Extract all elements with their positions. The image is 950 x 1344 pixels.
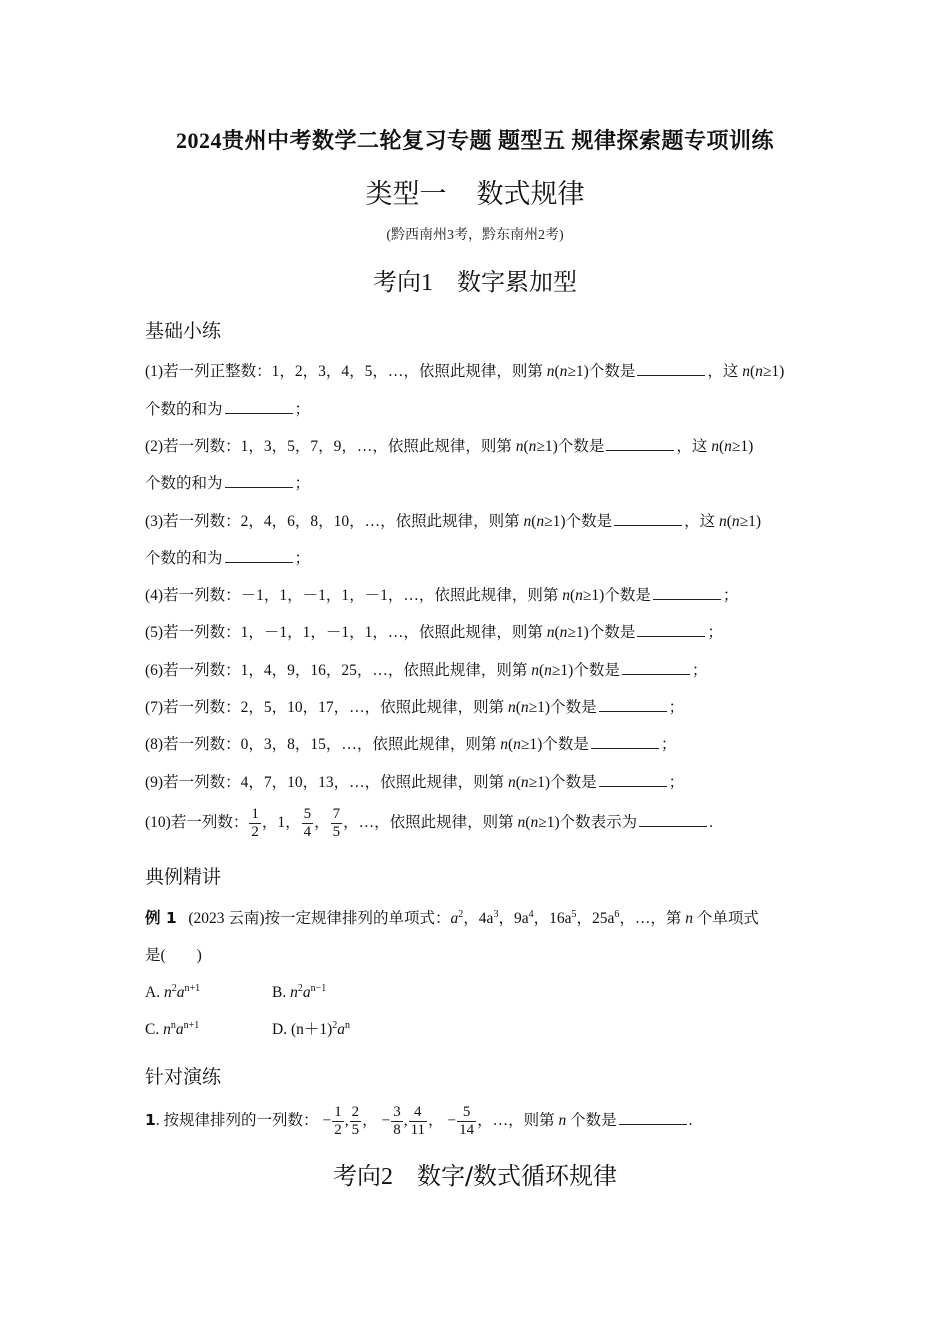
example-stem: 按一定规律排列的单项式： xyxy=(265,910,451,927)
n-condition: ≥1 xyxy=(567,624,583,641)
practice-item-1: (1)若一列正整数：1，2，3，4，5，…，依照此规律，则第 n(n≥1)个数是… xyxy=(145,360,784,383)
item-mid: 个数是 xyxy=(604,587,651,604)
fraction: 12 xyxy=(332,1104,344,1139)
item-label: (10) xyxy=(145,814,171,831)
practice-item-4: (4)若一列数：－1，1，－1，1，－1，…，依照此规律，则第 n(n≥1)个数… xyxy=(145,584,738,607)
type-heading-part2: 数式规律 xyxy=(477,179,585,210)
practice-item-8: (8)若一列数：0，3，8，15，…，依照此规律，则第 n(n≥1)个数是； xyxy=(145,733,676,756)
answer-blank[interactable] xyxy=(599,771,667,787)
practice-item-7: (7)若一列数：2，5，10，17，…，依照此规律，则第 n(n≥1)个数是； xyxy=(145,696,684,719)
answer-blank[interactable] xyxy=(606,435,674,451)
item-tail: ，这 xyxy=(684,513,715,530)
answer-blank[interactable] xyxy=(225,398,293,414)
item-mid: 个数是 xyxy=(573,662,620,679)
n-condition: ≥1 xyxy=(552,662,568,679)
practice-item-3: (3)若一列数：2，4，6，8，10，…，依照此规律，则第 n(n≥1)个数是，… xyxy=(145,510,761,533)
item-mid: 个数是 xyxy=(558,438,605,455)
document-title: 2024贵州中考数学二轮复习专题 题型五 规律探索题专项训练 xyxy=(0,124,950,155)
option-label: B. xyxy=(272,984,286,1001)
practice-item-5: (5)若一列数：1，－1，1，－1，1，…，依照此规律，则第 n(n≥1)个数是… xyxy=(145,621,723,644)
option-label: A. xyxy=(145,984,160,1001)
answer-blank[interactable] xyxy=(599,696,667,712)
n-condition: ≥1 xyxy=(529,774,545,791)
item-text: 若一列数：－1，1，－1，1，－1，…，依照此规律，则第 xyxy=(163,587,558,604)
direction-1-heading: 考向1数字累加型 xyxy=(0,262,950,297)
option-label: C. xyxy=(145,1021,159,1038)
item-mid: 个数是 xyxy=(566,513,613,530)
n-condition: ≥1 xyxy=(763,363,779,380)
item-label: (6) xyxy=(145,662,163,679)
direction-number: 2 xyxy=(381,1164,393,1190)
option-c[interactable]: C. nnan+1 xyxy=(145,1019,199,1041)
item-end: ； xyxy=(669,774,685,791)
example-1-line2: 是( ) xyxy=(145,945,202,967)
sum-text: 个数的和为 xyxy=(145,550,223,567)
answer-blank[interactable] xyxy=(225,472,293,488)
item-text: 若一列数：1，－1，1，－1，1，…，依照此规律，则第 xyxy=(163,624,543,641)
item-label: (7) xyxy=(145,699,163,716)
item-text: 若一列数：2，4，6，8，10，…，依照此规律，则第 xyxy=(163,513,520,530)
fraction: 514 xyxy=(457,1104,476,1139)
stem-tail: ，…，第 xyxy=(619,910,681,927)
item-end: ； xyxy=(669,699,685,716)
item-label: (2) xyxy=(145,438,163,455)
item-mid: 个数是 xyxy=(550,699,597,716)
section-example: 典例精讲 xyxy=(145,862,221,889)
item-end: ； xyxy=(692,662,708,679)
targeted-item-1: 1. 按规律排列的一列数： −12,25， −38,411， −514，…，则第… xyxy=(145,1100,693,1141)
item-text: 若一列正整数：1，2，3，4，5，…，依照此规律，则第 xyxy=(163,363,543,380)
practice-item-2-sum: 个数的和为； xyxy=(145,472,310,495)
answer-blank[interactable] xyxy=(639,811,707,827)
item-text: . 按规律排列的一列数： xyxy=(156,1112,319,1129)
n-condition: ≥1 xyxy=(567,363,583,380)
practice-item-3-sum: 个数的和为； xyxy=(145,547,310,570)
n-condition: ≥1 xyxy=(544,513,560,530)
item-tail: ，…，则第 xyxy=(477,1112,555,1129)
item-text: 若一列数：2，5，10，17，…，依照此规律，则第 xyxy=(163,699,504,716)
item-mid: 个数是 xyxy=(589,363,636,380)
sum-text: 个数的和为 xyxy=(145,401,223,418)
item-text: 若一列数：4，7，10，13，…，依照此规律，则第 xyxy=(163,774,504,791)
option-a[interactable]: A. n2an+1 xyxy=(145,982,200,1004)
section-targeted-practice: 针对演练 xyxy=(145,1062,221,1089)
item-end: ； xyxy=(295,401,311,418)
practice-item-10: (10)若一列数：12，1，54，75，…，依照此规律，则第 n(n≥1)个数表… xyxy=(145,804,713,842)
item-number: 1 xyxy=(145,1111,156,1129)
exam-frequency-note: (黔西南州3考，黔东南州2考) xyxy=(0,224,950,244)
fraction: 38 xyxy=(391,1104,403,1139)
type-heading: 类型一数式规律 xyxy=(0,172,950,211)
fraction: 25 xyxy=(350,1104,362,1139)
example-1-stem: 例 1 (2023 云南)按一定规律排列的单项式：a2，4a3，9a4，16a5… xyxy=(145,907,759,930)
item-text: 若一列数：0，3，8，15，…，依照此规律，则第 xyxy=(163,736,496,753)
answer-blank[interactable] xyxy=(637,621,705,637)
practice-item-1-sum: 个数的和为； xyxy=(145,398,310,421)
term-one: 1 xyxy=(277,814,285,831)
direction-name: 数字/数式循环规律 xyxy=(417,1162,617,1190)
fraction: 54 xyxy=(302,806,314,841)
direction-prefix: 考向 xyxy=(333,1162,381,1190)
item-tail2: 个数是 xyxy=(570,1112,617,1129)
example-source: (2023 云南) xyxy=(188,910,264,927)
practice-item-2: (2)若一列数：1，3，5，7，9，…，依照此规律，则第 n(n≥1)个数是，这… xyxy=(145,435,753,458)
n-condition: ≥1 xyxy=(538,814,554,831)
answer-blank[interactable] xyxy=(619,1109,687,1125)
item-end: . xyxy=(709,814,713,831)
item-end: ； xyxy=(295,475,311,492)
direction-2-heading: 考向2数字/数式循环规律 xyxy=(0,1156,950,1191)
practice-item-9: (9)若一列数：4，7，10，13，…，依照此规律，则第 n(n≥1)个数是； xyxy=(145,771,684,794)
item-end: ； xyxy=(723,587,739,604)
answer-blank[interactable] xyxy=(591,733,659,749)
direction-name: 数字累加型 xyxy=(457,268,577,296)
type-heading-part1: 类型一 xyxy=(366,179,447,210)
answer-blank[interactable] xyxy=(653,584,721,600)
fraction: 75 xyxy=(331,806,343,841)
item-label: (9) xyxy=(145,774,163,791)
fraction: 411 xyxy=(409,1104,427,1139)
item-end: . xyxy=(689,1112,693,1129)
item-mid: 个数表示为 xyxy=(560,814,638,831)
item-text: 若一列数： xyxy=(171,814,249,831)
stem-tail2: 个单项式 xyxy=(697,910,759,927)
n-condition: ≥1 xyxy=(529,699,545,716)
n-condition: ≥1 xyxy=(521,736,537,753)
item-label: (5) xyxy=(145,624,163,641)
item-tail: ，这 xyxy=(707,363,738,380)
answer-blank[interactable] xyxy=(637,360,705,376)
option-b[interactable]: B. n2an−1 xyxy=(272,982,326,1004)
item-text: 若一列数：1，4，9，16，25，…，依照此规律，则第 xyxy=(163,662,527,679)
section-basic-practice: 基础小练 xyxy=(145,316,221,343)
item-end: ； xyxy=(295,550,311,567)
fraction: 12 xyxy=(249,806,261,841)
option-label: D. xyxy=(272,1021,287,1038)
item-mid: 个数是 xyxy=(589,624,636,641)
answer-blank[interactable] xyxy=(225,547,293,563)
sum-text: 个数的和为 xyxy=(145,475,223,492)
n-condition: ≥1 xyxy=(740,513,756,530)
item-tail: ，这 xyxy=(676,438,707,455)
option-d[interactable]: D. (n＋1)2an xyxy=(272,1019,350,1041)
item-end: ； xyxy=(661,736,677,753)
direction-number: 1 xyxy=(421,270,433,296)
item-text-rest: ，…，依照此规律，则第 xyxy=(343,814,514,831)
item-text: 若一列数：1，3，5，7，9，…，依照此规律，则第 xyxy=(163,438,512,455)
answer-blank[interactable] xyxy=(614,510,682,526)
item-label: (8) xyxy=(145,736,163,753)
direction-prefix: 考向 xyxy=(373,268,421,296)
practice-item-6: (6)若一列数：1，4，9，16，25，…，依照此规律，则第 n(n≥1)个数是… xyxy=(145,659,707,682)
n-condition: ≥1 xyxy=(732,438,748,455)
answer-blank[interactable] xyxy=(622,659,690,675)
n-condition: ≥1 xyxy=(536,438,552,455)
item-mid: 个数是 xyxy=(542,736,589,753)
example-label: 例 1 xyxy=(145,909,177,927)
item-label: (4) xyxy=(145,587,163,604)
item-end: ； xyxy=(707,624,723,641)
item-mid: 个数是 xyxy=(550,774,597,791)
item-label: (3) xyxy=(145,513,163,530)
item-label: (1) xyxy=(145,363,163,380)
n-condition: ≥1 xyxy=(583,587,599,604)
worksheet-page: 2024贵州中考数学二轮复习专题 题型五 规律探索题专项训练 类型一数式规律 (… xyxy=(0,0,950,1344)
